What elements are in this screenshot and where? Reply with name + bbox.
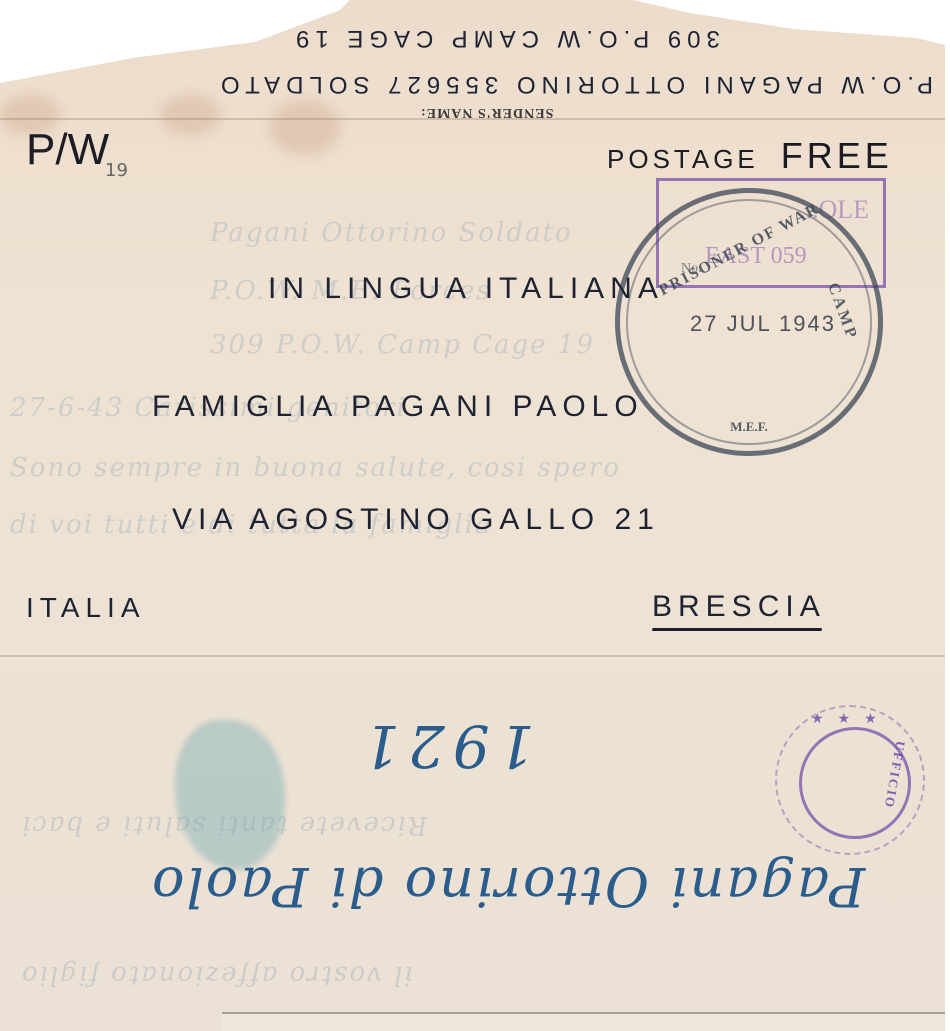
sender-name: P.O.W PAGANI OTTORINO 355627 SOLDATO: [215, 70, 933, 98]
street-address: VIA AGOSTINO GALLO 21: [172, 503, 660, 537]
city-underline: [652, 628, 822, 631]
ink-blot: [175, 720, 285, 870]
letter-paper: Pagani Ottorino Soldato P.O.W. M.E. Forc…: [0, 0, 945, 1031]
country: ITALIA: [26, 592, 146, 624]
postmark-text: M.E.F.: [620, 419, 878, 435]
faint-text: Sono sempre in buona salute, cosi spero: [10, 453, 621, 483]
city: BRESCIA: [652, 590, 826, 624]
ufficio-stamp: ★★★ UFFICIO: [775, 705, 925, 855]
recipient-name: FAMIGLIA PAGANI PAOLO: [152, 390, 644, 424]
postage-label: POSTAGE: [607, 144, 759, 174]
faint-text: Pagani Ottorino Soldato: [210, 218, 573, 248]
faint-text: il vostro affezionato figlio: [20, 960, 413, 990]
postage-value: FREE: [781, 135, 893, 176]
faint-text: 309 P.O.W. Camp Cage 19: [210, 330, 595, 360]
censor-mark-number: 19: [105, 160, 128, 181]
star-icons: ★★★: [811, 711, 891, 727]
bottom-flap: [222, 1012, 945, 1031]
postage-note: POSTAGEFREE: [607, 135, 893, 177]
upside-down-signature: Pagani Ottorino di Paolo: [150, 855, 865, 918]
stain: [160, 95, 220, 135]
language-note: IN LINGUA ITALIANA: [268, 272, 664, 306]
postmark-date: 27 JUL 1943: [690, 311, 836, 337]
sender-label: SENDER'S NAME:: [420, 104, 553, 120]
sender-address: 309 P.O.W CAMP CAGE 19: [290, 24, 720, 52]
camp-postmark: PRISONER OF WAR CAMP 27 JUL 1943 M.E.F.: [615, 188, 883, 456]
upside-down-number: 1921: [355, 712, 535, 780]
fold-line: [0, 655, 945, 657]
censor-mark: P/W: [26, 125, 109, 175]
stain: [270, 100, 340, 155]
